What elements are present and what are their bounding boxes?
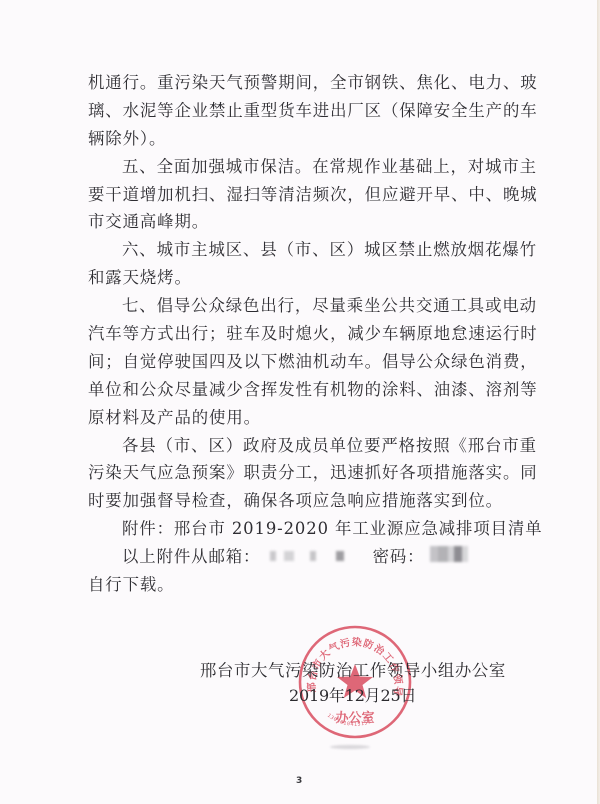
attachment-line: 附件：邢台市 2019-2020 年工业源应急减排项目清单 — [88, 515, 508, 543]
text-line: 时要加强督导检查，确保各项应急响应措施落实到位。 — [88, 487, 508, 515]
section-five-heading-line: 五、全面加强城市保洁。在常规作业基础上，对城市主 — [88, 153, 508, 181]
text-line: 汽车等方式出行；驻车及时熄火，减少车辆原地怠速运行时 — [88, 320, 508, 348]
text-line: 市交通高峰期。 — [88, 208, 508, 236]
document-page: 机通行。重污染天气预警期间，全市钢铁、焦化、电力、玻 璃、水泥等企业禁止重型货车… — [0, 0, 597, 804]
redacted-email — [260, 551, 360, 561]
text-line: 间；自觉停驶国四及以下燃油机动车。倡导公众绿色消费， — [88, 348, 508, 376]
section-six-heading-line: 六、城市主城区、县（市、区）城区禁止燃放烟花爆竹 — [88, 236, 508, 264]
issue-date: 2019年12月25日 — [289, 684, 416, 708]
text-line: 单位和公众尽量减少含挥发性有机物的涂料、油漆、溶剂等 — [88, 376, 508, 404]
text-line: 原材料及产品的使用。 — [88, 404, 508, 432]
issuer-signature: 邢台市大气污染防治工作领导小组办公室 — [200, 658, 500, 683]
text-line: 和露天烧烤。 — [88, 264, 508, 292]
text-line: 要干道增加机扫、湿扫等清洁频次，但应避开早、中、晚城 — [88, 181, 508, 209]
page-number: 3 — [296, 776, 302, 786]
text-line: 机通行。重污染天气预警期间，全市钢铁、焦化、电力、玻 — [88, 69, 508, 97]
download-suffix-line: 自行下载。 — [88, 571, 508, 599]
text-line: 璃、水泥等企业禁止重型货车进出厂区（保障安全生产的车 — [88, 97, 508, 125]
download-prefix: 以上附件从邮箱： — [122, 547, 260, 566]
download-info-line: 以上附件从邮箱： 密码： — [88, 543, 508, 571]
password-label: 密码： — [373, 547, 425, 566]
stamp-shadow — [330, 745, 370, 749]
document-body: 机通行。重污染天气预警期间，全市钢铁、焦化、电力、玻 璃、水泥等企业禁止重型货车… — [88, 69, 508, 599]
section-seven-heading-line: 七、倡导公众绿色出行，尽量乘坐公共交通工具或电动 — [88, 292, 508, 320]
text-line: 辆除外）。 — [88, 125, 508, 153]
closing-paragraph-line: 各县（市、区）政府及成员单位要严格按照《邢台市重 — [88, 432, 508, 460]
text-line: 污染天气应急预案》职责分工，迅速抓好各项措施落实。同 — [88, 459, 508, 487]
redacted-password — [424, 546, 472, 562]
